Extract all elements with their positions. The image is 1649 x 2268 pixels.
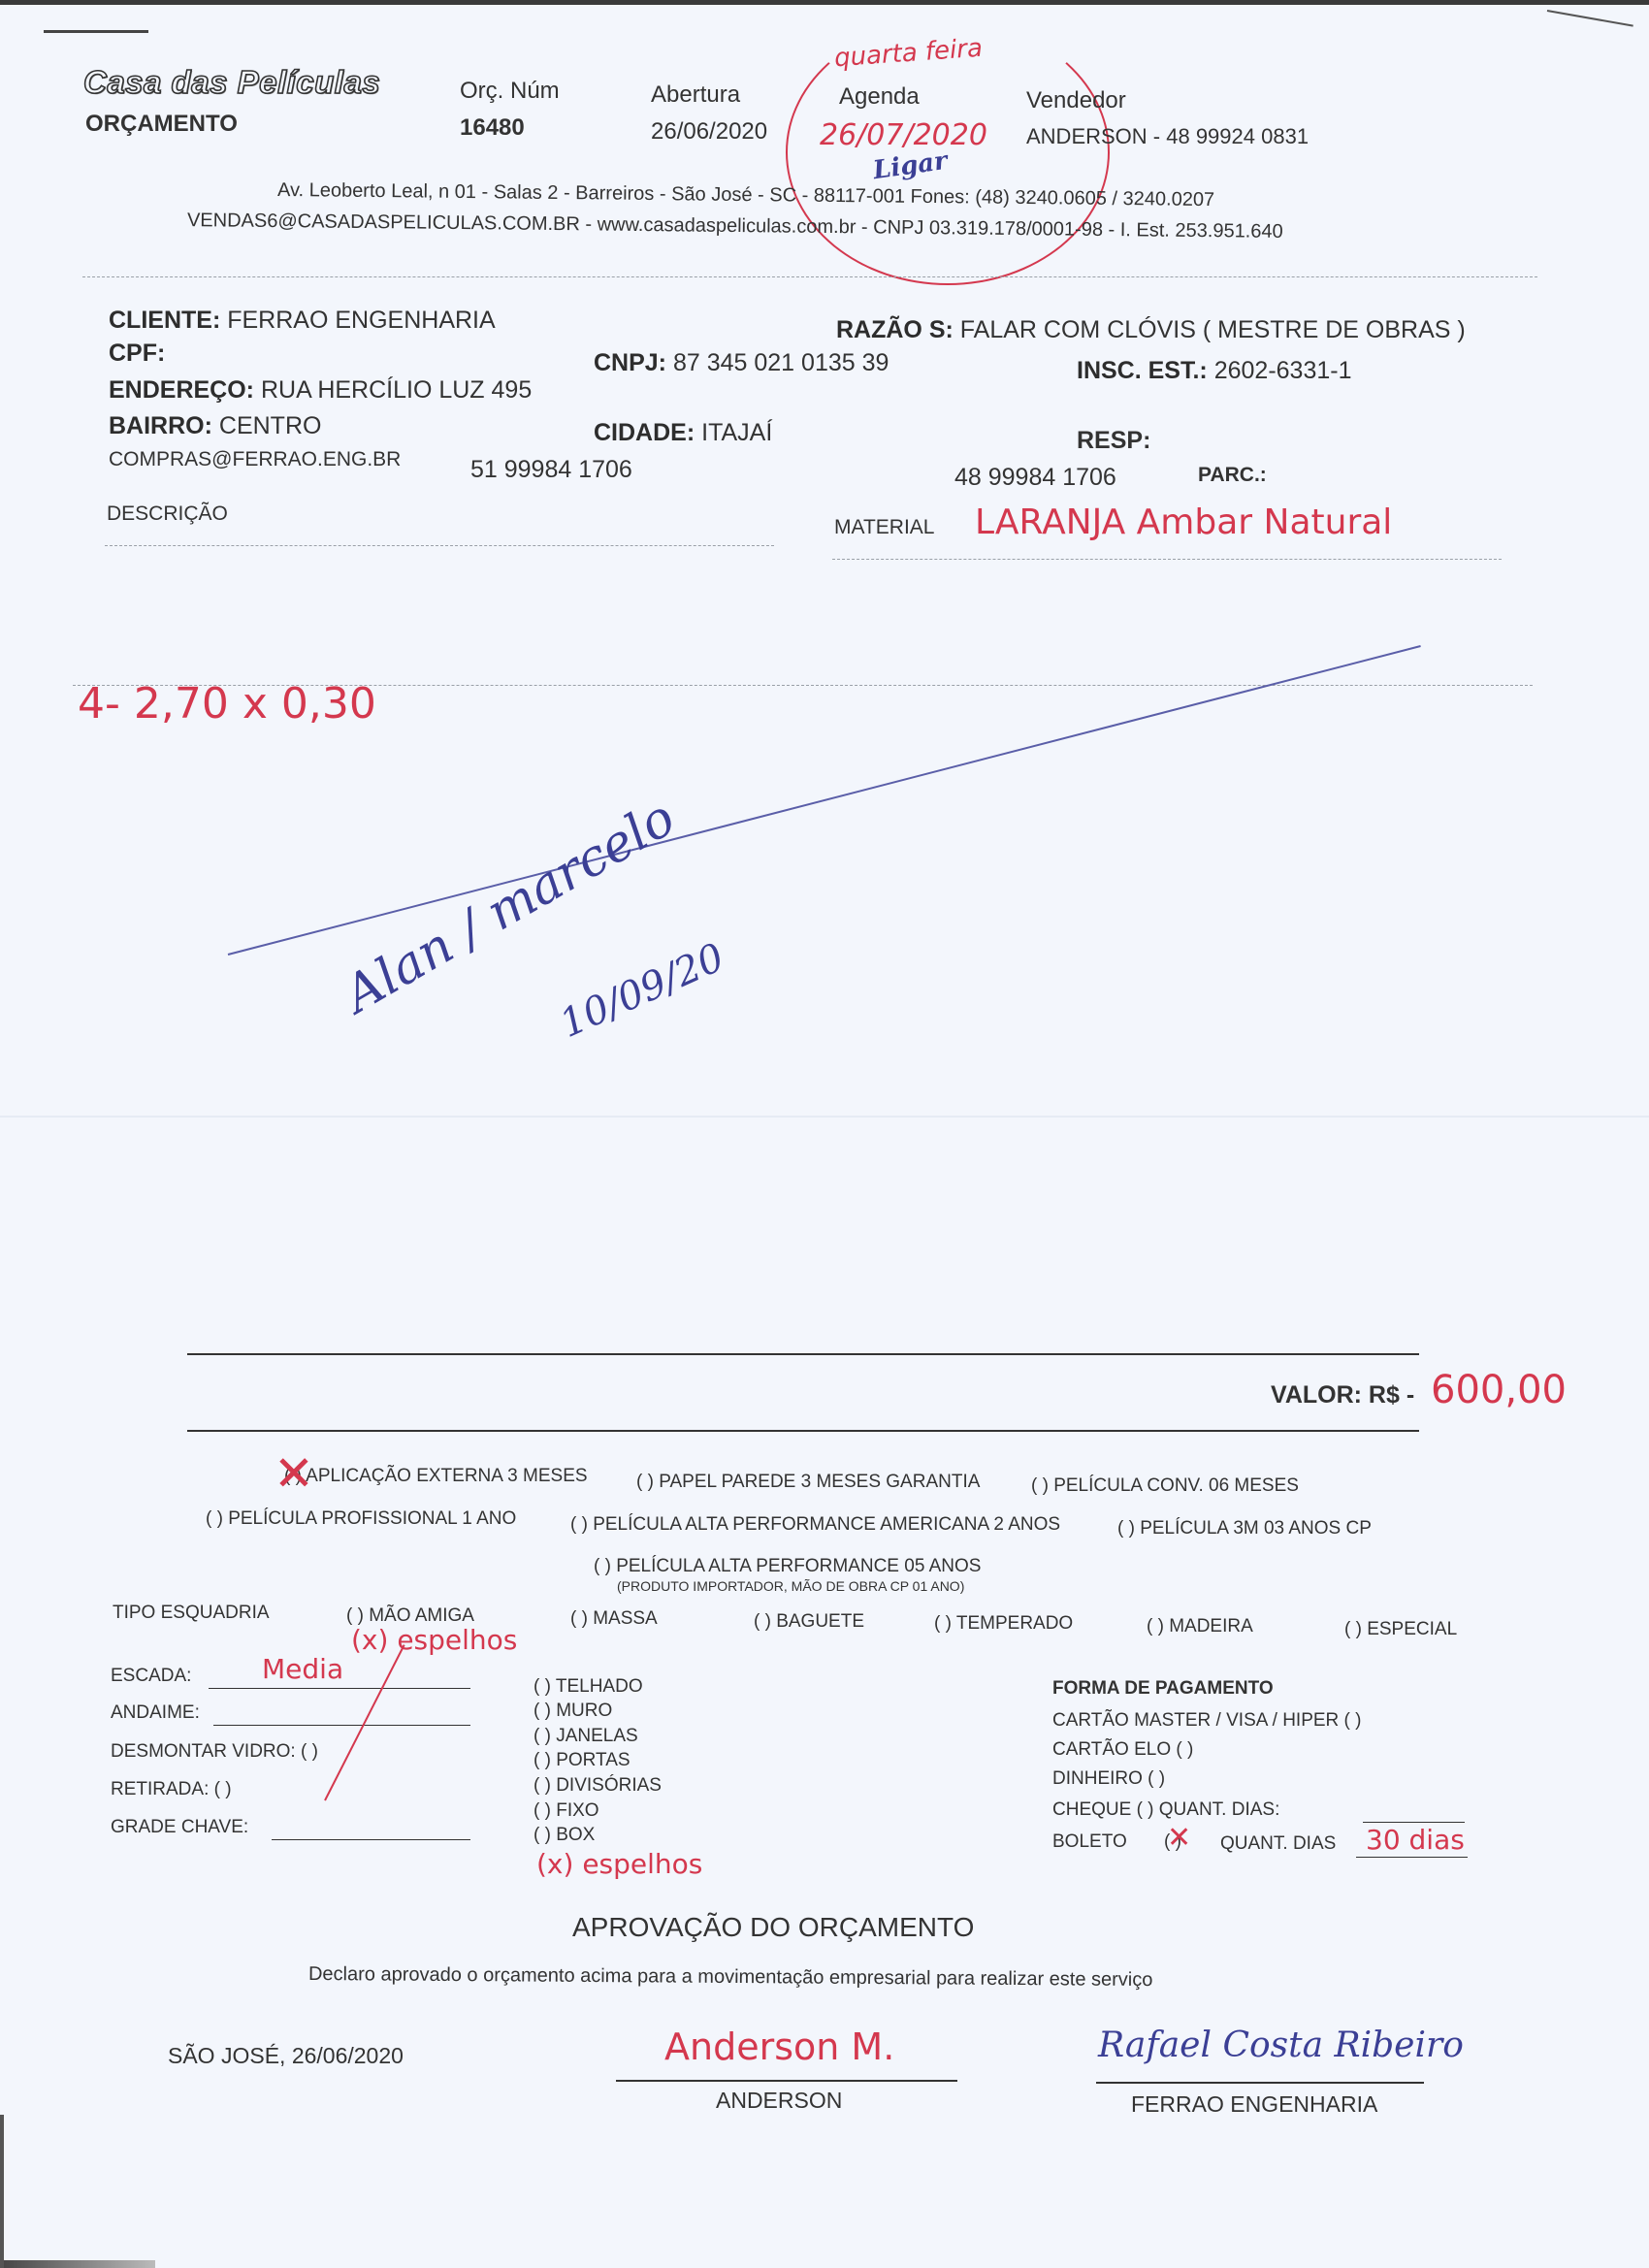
approval-place-date: SÃO JOSÉ, 26/06/2020	[168, 2043, 404, 2069]
warranty-option-alta-performance-05[interactable]: ( ) PELÍCULA ALTA PERFORMANCE 05 ANOS	[594, 1556, 981, 1577]
retirada-label[interactable]: RETIRADA: ( )	[111, 1779, 232, 1800]
client-signer-name: FERRAO ENGENHARIA	[1131, 2091, 1377, 2118]
client-phone-1: 51 99984 1706	[470, 456, 632, 484]
scan-edge-left	[0, 2115, 4, 2268]
payment-cartao-elo[interactable]: CARTÃO ELO ( )	[1052, 1739, 1193, 1761]
material-label: MATERIAL	[834, 516, 934, 539]
payment-cartao-master[interactable]: CARTÃO MASTER / VISA / HIPER ( )	[1052, 1710, 1361, 1732]
cheque-dias-line[interactable]	[1363, 1822, 1465, 1823]
insc-est-field: INSC. EST.: 2602-6331-1	[1077, 357, 1352, 385]
escada-line	[209, 1688, 470, 1689]
client-email: COMPRAS@FERRAO.ENG.BR	[109, 448, 401, 471]
local-janelas[interactable]: ( ) JANELAS	[533, 1726, 638, 1747]
grade-chave-line[interactable]	[272, 1839, 470, 1840]
valor-handwritten: 600,00	[1431, 1368, 1567, 1412]
seller-name: ANDERSON	[716, 2088, 842, 2114]
cpf-field: CPF:	[109, 340, 165, 368]
andaime-line[interactable]	[213, 1725, 470, 1726]
local-portas[interactable]: ( ) PORTAS	[533, 1750, 630, 1771]
client-signature: Rafael Costa Ribeiro	[1098, 2025, 1464, 2065]
warranty-option-3m[interactable]: ( ) PELÍCULA 3M 03 ANOS CP	[1117, 1518, 1372, 1539]
company-contact: VENDAS6@CASADASPELICULAS.COM.BR - www.ca…	[187, 210, 1283, 243]
parc-label: PARC.:	[1198, 464, 1267, 487]
vendedor-value: ANDERSON - 48 99924 0831	[1026, 124, 1309, 149]
andaime-label: ANDAIME:	[111, 1702, 200, 1724]
boleto-dias-line	[1356, 1857, 1468, 1858]
local-muro[interactable]: ( ) MURO	[533, 1701, 612, 1722]
valor-label: VALOR: R$ -	[1271, 1381, 1414, 1409]
signature-note-date: 10/09/20	[554, 935, 731, 1047]
descricao-label: DESCRIÇÃO	[107, 502, 228, 526]
seller-signature: Anderson M.	[664, 2025, 894, 2068]
measure-handwritten: 4- 2,70 x 0,30	[78, 679, 376, 729]
escada-handwritten[interactable]: Media	[262, 1653, 343, 1685]
esquadria-label: TIPO ESQUADRIA	[113, 1603, 270, 1624]
abertura-value: 26/06/2020	[651, 118, 767, 146]
descricao-line	[105, 545, 774, 546]
boleto-check-mark: ✕	[1167, 1821, 1191, 1855]
warranty-option-alta-performance-americana[interactable]: ( ) PELÍCULA ALTA PERFORMANCE AMERICANA …	[570, 1514, 1060, 1536]
material-line	[832, 559, 1502, 560]
warranty-check-mark: ✕	[274, 1445, 314, 1502]
warranty-option-profissional[interactable]: ( ) PELÍCULA PROFISSIONAL 1 ANO	[206, 1508, 516, 1530]
abertura-label: Abertura	[651, 81, 740, 109]
local-telhado[interactable]: ( ) TELHADO	[533, 1676, 643, 1698]
resp-label: RESP:	[1077, 427, 1150, 455]
esquadria-massa[interactable]: ( ) MASSA	[570, 1608, 658, 1630]
esquadria-especial[interactable]: ( ) ESPECIAL	[1344, 1619, 1457, 1640]
paper-fold-corner	[1547, 10, 1633, 27]
approval-text: Declaro aprovado o orçamento acima para …	[308, 1963, 1153, 1992]
payment-boleto-dias-label: QUANT. DIAS	[1220, 1833, 1336, 1855]
grade-chave-label: GRADE CHAVE:	[111, 1817, 248, 1838]
endereco-field: ENDEREÇO: RUA HERCÍLIO LUZ 495	[109, 376, 532, 405]
escada-label: ESCADA:	[111, 1666, 191, 1687]
scan-edge-bottom	[0, 2260, 155, 2268]
warranty-option-aplicacao-externa[interactable]: ( ) APLICAÇÃO EXTERNA 3 MESES	[284, 1466, 588, 1487]
esquadria-handwritten: (x) espelhos	[351, 1624, 517, 1656]
esquadria-baguete[interactable]: ( ) BAGUETE	[754, 1611, 864, 1633]
doc-type: ORÇAMENTO	[85, 111, 238, 138]
cliente-field: CLIENTE: FERRAO ENGENHARIA	[109, 307, 496, 335]
valor-bottom-line	[187, 1430, 1419, 1432]
boleto-dias-handwritten[interactable]: 30 dias	[1366, 1824, 1465, 1856]
payment-dinheiro[interactable]: DINHEIRO ( )	[1052, 1768, 1165, 1790]
paper-fold-line	[0, 1116, 1649, 1118]
desmontar-vidro-label[interactable]: DESMONTAR VIDRO: ( )	[111, 1741, 318, 1763]
orc-num-value: 16480	[460, 114, 525, 142]
scan-mark	[44, 30, 148, 33]
payment-title: FORMA DE PAGAMENTO	[1052, 1678, 1274, 1700]
cnpj-field: CNPJ: 87 345 021 0135 39	[594, 349, 889, 377]
client-signature-line	[1096, 2082, 1424, 2084]
brand-logo: Casa das Películas	[83, 64, 380, 101]
client-phone-2: 48 99984 1706	[954, 464, 1116, 492]
red-circle-annotation	[786, 19, 1110, 285]
valor-top-line	[187, 1353, 1419, 1355]
local-box[interactable]: ( ) BOX	[533, 1825, 595, 1846]
payment-cheque[interactable]: CHEQUE ( ) QUANT. DIAS:	[1052, 1799, 1279, 1821]
esquadria-madeira[interactable]: ( ) MADEIRA	[1147, 1616, 1253, 1637]
warranty-option-papel-parede[interactable]: ( ) PAPEL PAREDE 3 MESES GARANTIA	[636, 1472, 980, 1493]
diagonal-strike-line	[228, 645, 1421, 956]
esquadria-temperado[interactable]: ( ) TEMPERADO	[934, 1613, 1073, 1635]
razao-field: RAZÃO S: FALAR COM CLÓVIS ( MESTRE DE OB…	[836, 316, 1466, 344]
local-handwritten: (x) espelhos	[536, 1848, 702, 1880]
approval-title: APROVAÇÃO DO ORÇAMENTO	[572, 1912, 974, 1943]
scan-edge-top	[0, 0, 1649, 5]
warranty-option-note: (PRODUTO IMPORTADOR, MÃO DE OBRA CP 01 A…	[617, 1578, 964, 1594]
seller-signature-line	[616, 2080, 957, 2082]
cidade-field: CIDADE: ITAJAÍ	[594, 419, 772, 447]
bairro-field: BAIRRO: CENTRO	[109, 412, 321, 440]
orc-num-label: Orç. Núm	[460, 78, 560, 105]
local-fixo[interactable]: ( ) FIXO	[533, 1800, 599, 1822]
vendedor-label: Vendedor	[1026, 87, 1126, 114]
payment-boleto-label: BOLETO	[1052, 1831, 1127, 1853]
header-separator	[82, 276, 1537, 277]
warranty-option-conv-06[interactable]: ( ) PELÍCULA CONV. 06 MESES	[1031, 1475, 1299, 1497]
material-handwritten: LARANJA Ambar Natural	[975, 502, 1392, 542]
local-divisorias[interactable]: ( ) DIVISÓRIAS	[533, 1775, 662, 1797]
